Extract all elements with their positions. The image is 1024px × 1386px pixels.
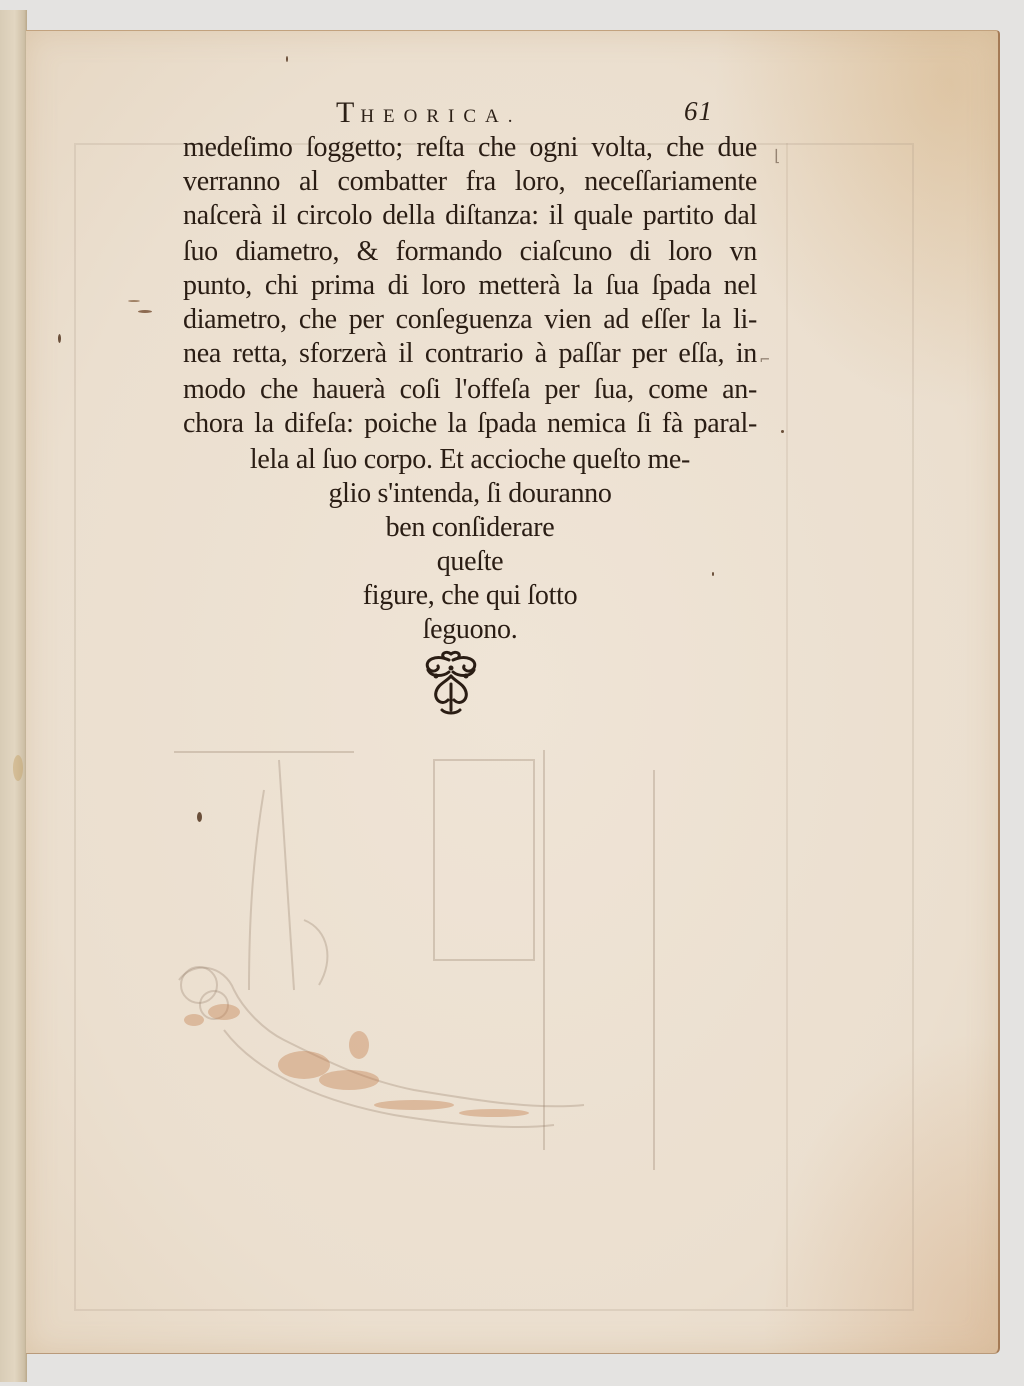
fleuron-ornament-icon (416, 648, 486, 718)
tapered-line: glio s'intenda, ſi douranno (0, 478, 940, 510)
running-head: THEORICA. (336, 96, 522, 130)
body-line: naſcerà il circolo della diſtanza: il qu… (183, 200, 757, 232)
body-line: chora la difeſa: poiche la ſpada nemica … (183, 408, 757, 440)
text-block: THEORICA. 61 medeſimo ſoggetto; reſta ch… (0, 0, 1024, 1386)
ink-speck (286, 56, 288, 62)
ink-smudge (138, 310, 152, 313)
tapered-line: figure, che qui ſotto (0, 580, 940, 612)
ink-speck (58, 334, 61, 343)
ink-speck (712, 572, 714, 576)
marginal-tick-mark: ⌐ (760, 350, 770, 369)
page-number: 61 (684, 96, 713, 127)
marginal-bracket-mark: ⌊ (772, 146, 782, 165)
body-line: diametro, che per conſeguenza vien ad eſ… (183, 304, 757, 336)
running-head-initial: T (336, 96, 360, 129)
running-head-title: HEORICA. (360, 106, 521, 127)
tapered-line: lela al ſuo corpo. Et accioche queſto me… (0, 444, 940, 476)
tapered-line: ben conſiderare (0, 512, 940, 544)
body-line: verranno al combatter fra loro, neceſſar… (183, 166, 757, 198)
body-line: punto, chi prima di loro metterà la ſua … (183, 270, 757, 302)
ink-speck (781, 430, 784, 433)
ink-speck (197, 812, 202, 822)
tapered-line: queſte (0, 546, 940, 578)
body-line: nea retta, sforzerà il contrario à paſſa… (183, 338, 757, 370)
ink-smudge (128, 300, 140, 302)
body-line: ſuo diametro, & formando ciaſcuno di lor… (183, 236, 757, 268)
tapered-line: ſeguono. (0, 614, 940, 646)
body-line: modo che hauerà coſi l'offeſa per ſua, c… (183, 374, 757, 406)
body-line: medeſimo ſoggetto; reſta che ogni volta,… (183, 132, 757, 164)
